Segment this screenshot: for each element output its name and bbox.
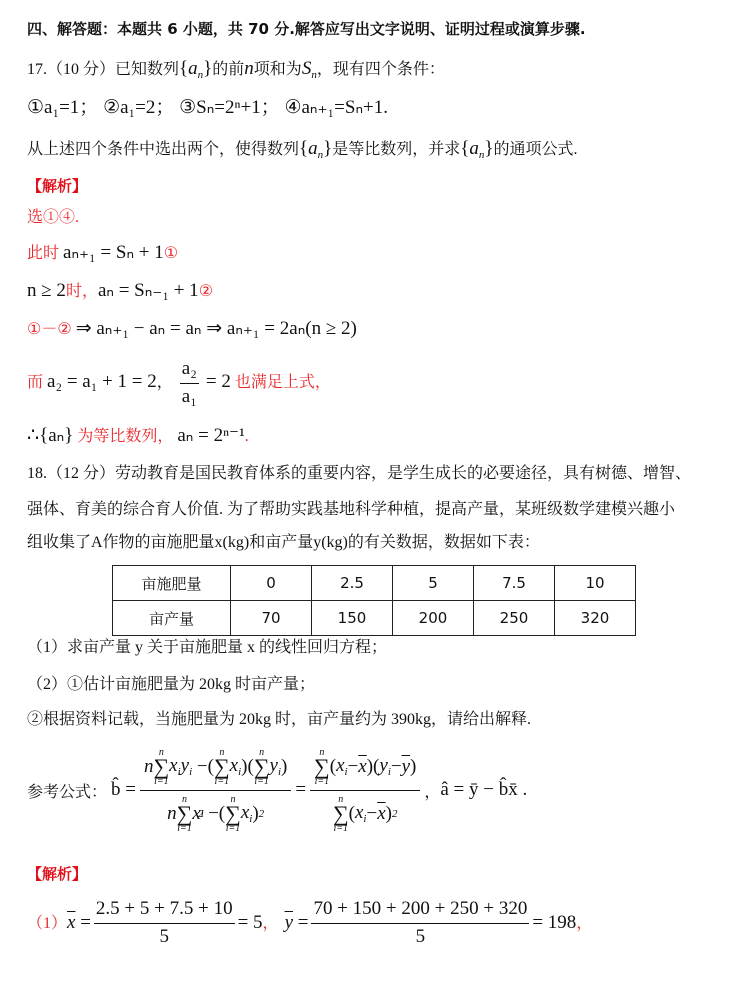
q17-stem-text: ，现有四个条件： <box>317 61 445 78</box>
part-label: （1） <box>27 914 67 933</box>
table-cell: 5 <box>393 566 474 601</box>
q18-stem-line-2: 强体、育美的综合育人价值. 为了帮助实践基地科学种植，提高产量，某班级数学建模兴… <box>27 500 675 519</box>
table-cell: 70 <box>231 601 312 636</box>
q17-conditions: ①a₁=1； ②a₁=2； ③Sₙ=2ⁿ+1； ④aₙ₊₁=Sₙ+1. <box>27 97 388 120</box>
step-tag: ①－② <box>27 321 72 338</box>
step-label: 此时 <box>27 245 59 262</box>
step-label: 也满足上式， <box>235 374 331 391</box>
task-text: 从上述四个条件中选出两个，使得数列 <box>27 141 299 158</box>
q17-solution-label: 【解析】 <box>27 177 87 195</box>
q17-step4: 而 a₂ = a₁ + 1 = 2， a₂a₁ = 2 也满足上式， <box>27 358 331 409</box>
fraction-denominator: 5 <box>160 924 170 949</box>
fraction-denominator: 5 <box>416 924 426 949</box>
table-cell: 200 <box>393 601 474 636</box>
row-header: 亩产量 <box>113 601 231 636</box>
q17-step5: ∴{aₙ} 为等比数列， aₙ = 2ⁿ⁻¹. <box>27 425 249 448</box>
table-row: 亩施肥量 0 2.5 5 7.5 10 <box>113 566 636 601</box>
table-cell: 10 <box>555 566 636 601</box>
q17-number: 17. <box>27 61 47 78</box>
ratio-fraction: a₂a₁ <box>180 358 199 409</box>
step-label: 为等比数列， <box>77 428 173 445</box>
xbar-fraction: 2.5 + 5 + 7.5 + 105 <box>94 898 235 949</box>
step-math: ∴{aₙ} <box>27 425 73 446</box>
task-text: 的通项公式. <box>494 141 578 158</box>
condition-4: ④aₙ₊₁=Sₙ+1. <box>284 97 388 118</box>
table-cell: 320 <box>555 601 636 636</box>
section-header: 四、解答题：本题共 6 小题，共 70 分.解答应写出文字说明、证明过程或演算步… <box>27 20 586 38</box>
step-tag: ① <box>164 245 178 262</box>
table-cell: 0 <box>231 566 312 601</box>
step-label: 而 <box>27 374 43 391</box>
step-math: a₂ = a₁ + 1 = 2 <box>47 371 157 392</box>
table-cell: 150 <box>312 601 393 636</box>
q18-solution-label: 【解析】 <box>27 865 87 883</box>
q17-stem-text: 已知数列 <box>115 61 179 78</box>
step-math: aₙ = Sₙ₋₁ + 1 <box>98 280 199 301</box>
q18-stem-line-1: 18.（12 分）劳动教育是国民教育体系的重要内容，是学生成长的必要途径，具有树… <box>27 464 691 483</box>
step-tag: ② <box>199 283 213 300</box>
ybar-result: = 198 <box>532 912 576 935</box>
fraction-numerator: a₂ <box>180 358 199 384</box>
formula-fraction-1: nn∑i=1xiyi −(n∑i=1xi)(n∑i=1yi) nn∑i=1xi2… <box>140 748 291 833</box>
reference-formula: 参考公式： b̂ = nn∑i=1xiyi −(n∑i=1xi)(n∑i=1yi… <box>27 748 527 833</box>
table-cell: 7.5 <box>474 566 555 601</box>
fraction-denominator: a₁ <box>182 384 197 409</box>
fraction-numerator: 70 + 150 + 200 + 250 + 320 <box>311 898 529 924</box>
step-math: n ≥ 2 <box>27 280 66 301</box>
q17-choice: 选①④. <box>27 208 79 227</box>
step-label: 时， <box>66 283 98 300</box>
condition-3: ③Sₙ=2ⁿ+1； <box>179 97 280 118</box>
ybar-fraction: 70 + 150 + 200 + 250 + 3205 <box>311 898 529 949</box>
xbar-result: = 5 <box>238 912 263 935</box>
condition-2: ②a₁=2； <box>103 97 174 118</box>
comma: ， <box>424 779 440 802</box>
q18-stem-line-3: 组收集了A作物的亩施肥量x(kg)和亩产量y(kg)的有关数据，数据如下表： <box>27 533 540 552</box>
data-table: 亩施肥量 0 2.5 5 7.5 10 亩产量 70 150 200 250 3… <box>112 565 636 636</box>
q17-stem-text: 项和为 <box>254 61 302 78</box>
q17-points: （10 分） <box>47 61 115 78</box>
q17-task: 从上述四个条件中选出两个，使得数列{an}是等比数列，并求{an}的通项公式. <box>27 138 578 162</box>
q18-part-2b: ②根据资料记载，当施肥量为 20kg 时，亩产量约为 390kg，请给出解释. <box>27 710 531 729</box>
q18-number: 18. <box>27 465 47 482</box>
q18-part-2: （2）①估计亩施肥量为 20kg 时亩产量； <box>27 675 315 694</box>
table-cell: 250 <box>474 601 555 636</box>
row-header: 亩施肥量 <box>113 566 231 601</box>
table-cell: 2.5 <box>312 566 393 601</box>
step-math: aₙ₊₁ = Sₙ + 1 <box>63 242 164 263</box>
q17-step1: 此时 aₙ₊₁ = Sₙ + 1① <box>27 242 178 265</box>
formula-fraction-2: n∑i=1(xi − x)(yi − y) n∑i=1(xi − x)2 <box>310 748 420 833</box>
fraction-numerator: 2.5 + 5 + 7.5 + 10 <box>94 898 235 924</box>
q17-stem-text: 的前 <box>212 61 244 78</box>
table-row: 亩产量 70 150 200 250 320 <box>113 601 636 636</box>
period: . <box>245 428 249 445</box>
q17-step3: ①－② ⇒ aₙ₊₁ − aₙ = aₙ ⇒ aₙ₊₁ = 2aₙ(n ≥ 2) <box>27 318 357 341</box>
q18-part-1: （1）求亩产量 y 关于亩施肥量 x 的线性回归方程； <box>27 638 387 657</box>
task-text: 是等比数列，并求 <box>332 141 460 158</box>
condition-1: ①a₁=1； <box>27 97 98 118</box>
step-math: = 2 <box>206 371 231 392</box>
intercept-formula: â = ȳ − b̂x̄ . <box>440 779 527 801</box>
q17-step2: n ≥ 2时，aₙ = Sₙ₋₁ + 1② <box>27 280 213 303</box>
stem-text: 劳动教育是国民教育体系的重要内容，是学生成长的必要途径，具有树德、增智、 <box>115 465 691 482</box>
q18-points: （12 分） <box>47 465 115 482</box>
formula-label: 参考公式： <box>27 779 107 802</box>
q18-solution-part1: （1） x = 2.5 + 5 + 7.5 + 105 = 5， y = 70 … <box>27 898 592 949</box>
step-math: ⇒ aₙ₊₁ − aₙ = aₙ ⇒ aₙ₊₁ = 2aₙ(n ≥ 2) <box>76 318 357 339</box>
q17-stem: 17.（10 分）已知数列{an}的前n项和为Sn，现有四个条件： <box>27 58 445 82</box>
step-math: aₙ = 2ⁿ⁻¹ <box>177 425 244 446</box>
